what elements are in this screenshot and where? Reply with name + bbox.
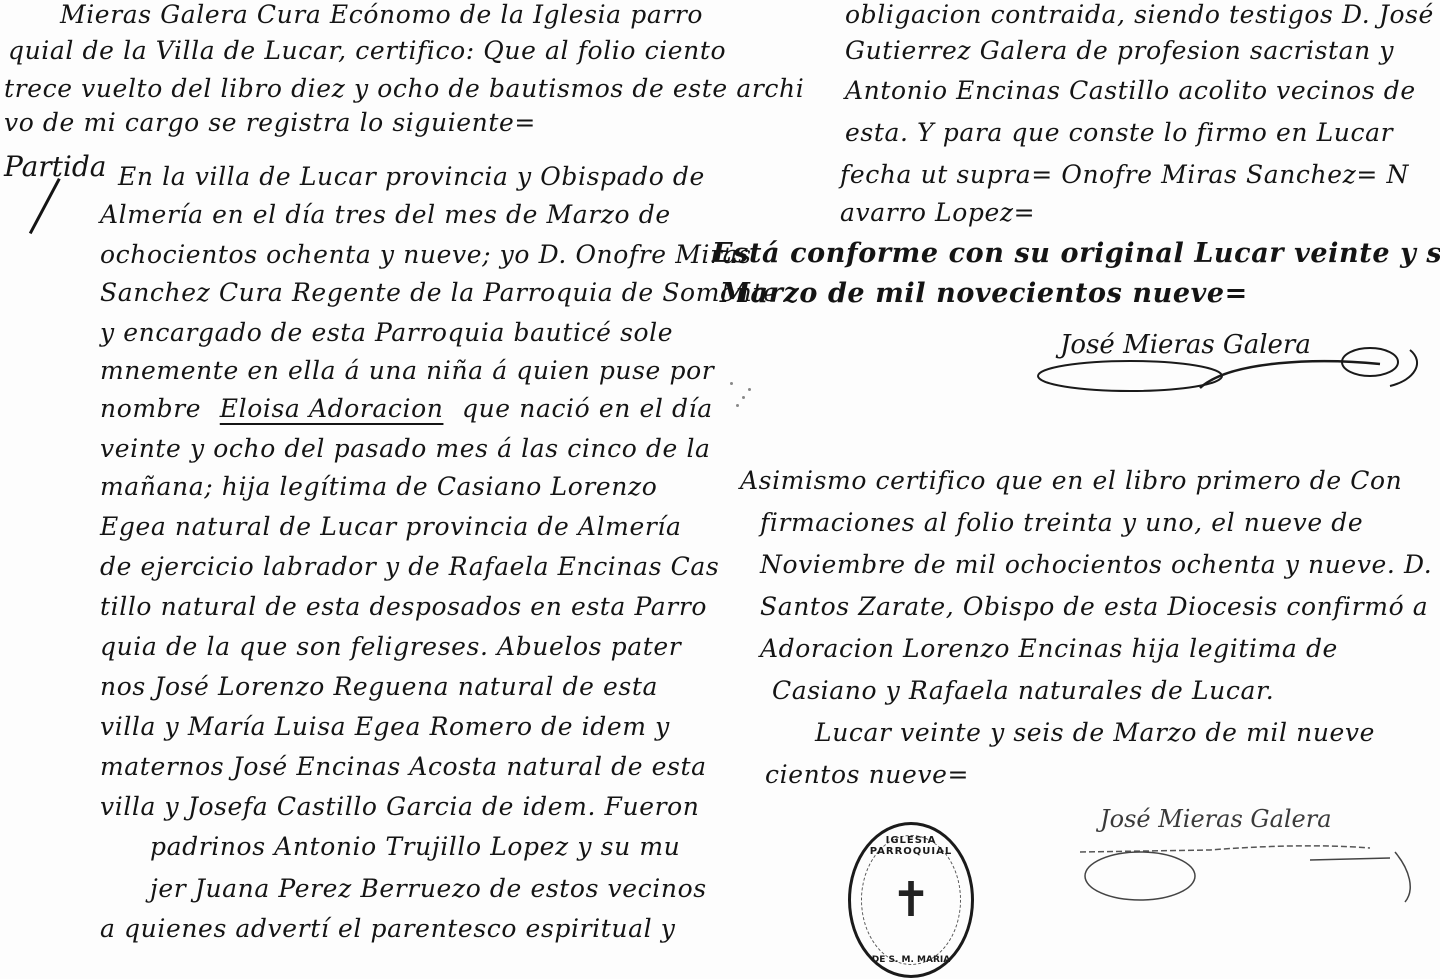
- entry-line-15: villa y María Luisa Egea Romero de idem …: [100, 712, 670, 741]
- conformity-line-2: Marzo de mil novecientos nueve=: [720, 278, 1248, 309]
- document-page: Mieras Galera Cura Ecónomo de la Iglesia…: [0, 0, 1440, 979]
- scan-speck: [730, 382, 733, 385]
- scan-speck: [742, 396, 745, 399]
- entry-continuation: que nació en el día: [462, 394, 713, 423]
- seal-top-text: IGLESIA PARROQUIAL: [851, 835, 971, 857]
- entry-line-10: Egea natural de Lucar provincia de Almer…: [100, 512, 682, 541]
- entry-line-4: Sanchez Cura Regente de la Parroquia de …: [100, 278, 778, 307]
- signature-2-flourish: [1070, 840, 1430, 910]
- child-name: Eloisa Adoracion: [220, 394, 444, 423]
- signature-2: José Mieras Galera: [1100, 805, 1332, 833]
- confirmation-line-3: Noviembre de mil ochocientos ochenta y n…: [760, 550, 1432, 579]
- confirmation-line-7: Lucar veinte y seis de Marzo de mil nuev…: [815, 718, 1375, 747]
- confirmation-line-6: Casiano y Rafaela naturales de Lucar.: [772, 676, 1274, 705]
- conformity-line-1: Está conforme con su original Lucar vein…: [712, 238, 1440, 269]
- entry-word-nombre: nombre: [100, 394, 201, 423]
- entry-line-14: nos José Lorenzo Reguena natural de esta: [100, 672, 658, 701]
- entry-line-7: nombre Eloisa Adoracion que nació en el …: [100, 394, 713, 423]
- right-top-line-1: obligacion contraida, siendo testigos D.…: [845, 0, 1434, 29]
- entry-line-17: villa y Josefa Castillo Garcia de idem. …: [100, 792, 700, 821]
- entry-line-13: quia de la que son feligreses. Abuelos p…: [100, 632, 681, 661]
- right-top-line-2: Gutierrez Galera de profesion sacristan …: [845, 36, 1394, 65]
- scan-speck: [736, 404, 739, 407]
- entry-line-16: maternos José Encinas Acosta natural de …: [100, 752, 707, 781]
- intro-line-1: Mieras Galera Cura Ecónomo de la Iglesia…: [60, 0, 703, 29]
- signature-1-flourish: [1020, 340, 1440, 400]
- confirmation-line-5: Adoracion Lorenzo Encinas hija legitima …: [760, 634, 1338, 663]
- entry-line-20: a quienes advertí el parentesco espiritu…: [100, 914, 675, 943]
- entry-line-18: padrinos Antonio Trujillo Lopez y su mu: [150, 832, 680, 861]
- seal-bottom-text: DE S. M. MARIA: [851, 955, 971, 965]
- entry-line-9: mañana; hija legítima de Casiano Lorenzo: [100, 472, 657, 501]
- margin-label-partida: Partida: [4, 150, 106, 183]
- right-top-line-3: Antonio Encinas Castillo acolito vecinos…: [845, 76, 1416, 105]
- right-top-line-5: fecha ut supra= Onofre Miras Sanchez= N: [840, 160, 1409, 189]
- confirmation-line-8: cientos nueve=: [765, 760, 969, 789]
- entry-line-3: ochocientos ochenta y nueve; yo D. Onofr…: [100, 240, 752, 269]
- intro-line-4: vo de mi cargo se registra lo siguiente=: [4, 108, 536, 137]
- entry-line-12: tillo natural de esta desposados en esta…: [100, 592, 707, 621]
- entry-line-19: jer Juana Perez Berruezo de estos vecino…: [150, 874, 707, 903]
- confirmation-line-2: firmaciones al folio treinta y uno, el n…: [760, 508, 1363, 537]
- scan-speck: [748, 388, 751, 391]
- right-top-line-6: avarro Lopez=: [840, 198, 1035, 227]
- entry-line-5: y encargado de esta Parroquia bauticé so…: [100, 318, 673, 347]
- confirmation-line-4: Santos Zarate, Obispo de esta Diocesis c…: [760, 592, 1428, 621]
- parish-seal: IGLESIA PARROQUIAL ✝ DE S. M. MARIA: [848, 822, 974, 978]
- margin-stroke: [29, 178, 61, 234]
- right-top-line-4: esta. Y para que conste lo firmo en Luca…: [845, 118, 1393, 147]
- entry-line-6: mnemente en ella á una niña á quien puse…: [100, 356, 714, 385]
- entry-line-8: veinte y ocho del pasado mes á las cinco…: [100, 434, 711, 463]
- intro-line-2: quial de la Villa de Lucar, certifico: Q…: [8, 36, 726, 65]
- entry-line-11: de ejercicio labrador y de Rafaela Encin…: [100, 552, 719, 581]
- intro-line-3: trece vuelto del libro diez y ocho de ba…: [4, 74, 804, 103]
- confirmation-line-1: Asimismo certifico que en el libro prime…: [740, 466, 1402, 495]
- entry-line-2: Almería en el día tres del mes de Marzo …: [100, 200, 671, 229]
- entry-line-1: En la villa de Lucar provincia y Obispad…: [118, 162, 705, 191]
